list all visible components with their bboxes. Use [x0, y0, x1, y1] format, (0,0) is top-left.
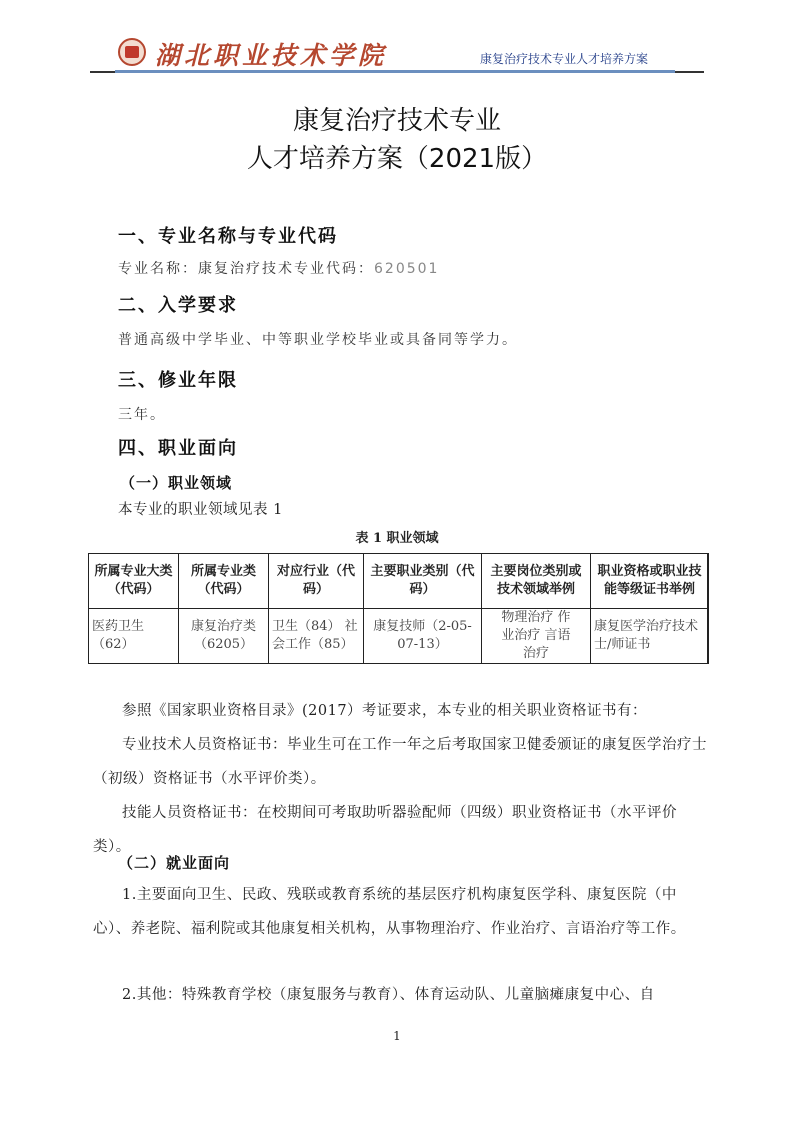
study-duration: 三年。	[118, 404, 166, 424]
table-intro: 本专业的职业领域见表 1	[118, 498, 283, 519]
table-cell: 康复技师（2-05-07-13）	[364, 609, 482, 664]
table-cell: 医药卫生（62）	[89, 609, 179, 664]
header-divider-accent	[115, 70, 675, 73]
table-header-cell: 对应行业（代码）	[269, 554, 364, 609]
table-header-cell: 职业资格或职业技能等级证书举例	[591, 554, 709, 609]
document-title-line2: 人才培养方案（2021版）	[0, 138, 794, 175]
occupational-field-table: 所属专业大类（代码） 所属专业类（代码） 对应行业（代码） 主要职业类别（代码）…	[88, 553, 709, 664]
professional-certificate-paragraph: 专业技术人员资格证书：毕业生可在工作一年之后考取国家卫健委颁证的康复医学治疗士（…	[93, 728, 713, 796]
page-number: 1	[0, 1029, 794, 1043]
header-document-title: 康复治疗技术专业人才培养方案	[480, 50, 648, 67]
table-header-cell: 所属专业大类（代码）	[89, 554, 179, 609]
document-title-line1: 康复治疗技术专业	[0, 100, 794, 137]
school-emblem-icon	[118, 38, 146, 66]
subsection-heading-employment: （二）就业面向	[118, 852, 230, 873]
table-header-cell: 所属专业类（代码）	[179, 554, 269, 609]
table-caption: 表 1 职业领域	[0, 527, 794, 546]
admission-requirement: 普通高级中学毕业、中等职业学校毕业或具备同等学力。	[118, 329, 518, 349]
major-name-line: 专业名称：康复治疗技术专业代码：620501	[118, 258, 439, 278]
section-heading-1: 一、专业名称与专业代码	[118, 222, 338, 248]
section-heading-2: 二、入学要求	[118, 291, 238, 317]
employment-item-1: 1.主要面向卫生、民政、残联或教育系统的基层医疗机构康复医学科、康复医院（中心）…	[93, 878, 713, 946]
table-header-row: 所属专业大类（代码） 所属专业类（代码） 对应行业（代码） 主要职业类别（代码）…	[89, 554, 709, 609]
table-row: 医药卫生（62） 康复治疗类（6205） 卫生（84） 社会工作（85） 康复技…	[89, 609, 709, 664]
major-code: 620501	[374, 261, 439, 277]
table-cell: 卫生（84） 社会工作（85）	[269, 609, 364, 664]
section-heading-3: 三、修业年限	[118, 366, 238, 392]
section-heading-4: 四、职业面向	[118, 434, 238, 460]
school-name: 湖北职业技术学院	[155, 36, 387, 72]
table-cell: 康复治疗类（6205）	[179, 609, 269, 664]
table-header-cell: 主要职业类别（代码）	[364, 554, 482, 609]
table-cell: 物理治疗 作业治疗 言语治疗	[482, 609, 591, 664]
certificate-intro-paragraph: 参照《国家职业资格目录》(2017）考证要求，本专业的相关职业资格证书有：	[93, 694, 713, 728]
employment-item-2: 2.其他：特殊教育学校（康复服务与教育）、体育运动队、儿童脑瘫康复中心、自	[93, 978, 713, 1012]
table-header-cell: 主要岗位类别或技术领域举例	[482, 554, 591, 609]
subsection-heading-occupational-field: （一）职业领域	[120, 472, 232, 493]
table-cell: 康复医学治疗技术士/师证书	[591, 609, 709, 664]
major-name-label: 专业名称：康复治疗技术专业代码：	[118, 261, 374, 277]
